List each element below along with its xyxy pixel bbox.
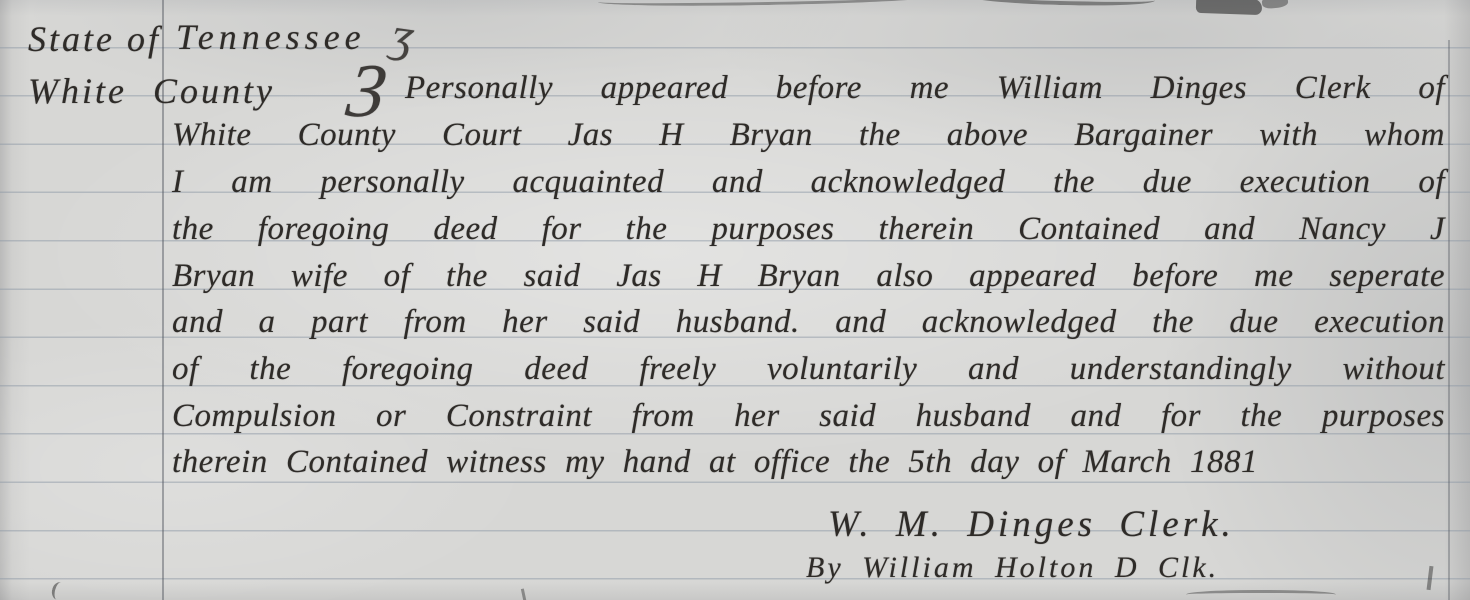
state-name: Tennessee [176,16,366,58]
margin-rule-right [1448,40,1450,600]
body-line: the foregoing deed for the purposes ther… [172,209,1445,249]
clerk-signature: W. M. Dinges Clerk. [828,503,1235,546]
ink-remnant-top [1196,0,1263,15]
body-line: Compulsion or Constraint from her said h… [172,396,1445,436]
body-line: Personally appeared before me William Di… [405,68,1445,108]
body-line: Bryan wife of the said Jas H Bryan also … [172,256,1445,296]
county-label: White County [28,70,275,112]
body-line: therein Contained witness my hand at off… [172,442,1258,482]
ink-remnant-bottom [1186,590,1336,600]
state-of-label: State of [28,18,161,60]
body-line: I am personally acquainted and acknowled… [172,162,1445,202]
body-line: White County Court Jas H Bryan the above… [172,115,1445,155]
body-line: and a part from her said husband. and ac… [172,302,1445,342]
deputy-clerk-signature: By William Holton D Clk. [806,551,1219,585]
scanned-deed-record-page: State of Tennessee ʒ White County 3 Pers… [0,0,1470,600]
body-line: of the foregoing deed freely voluntarily… [172,349,1445,389]
